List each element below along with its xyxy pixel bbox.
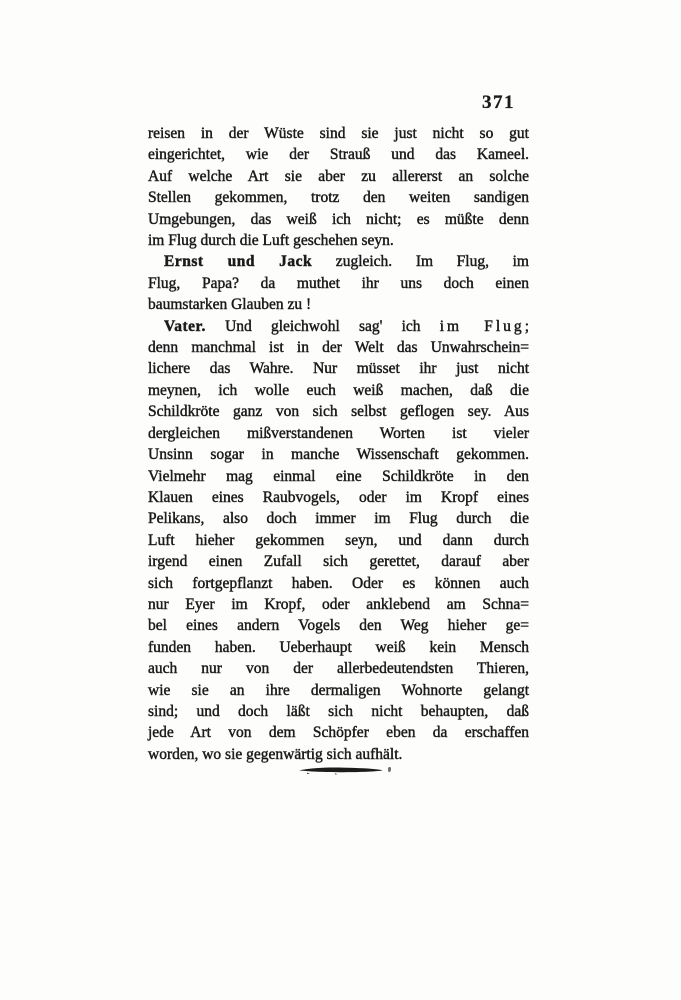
ink-speck [388,767,391,772]
text-run: im Flug [440,318,525,335]
text-line: baumstarken Glauben zu ! [148,294,529,315]
text-line: Pelikans, also doch immer im Flug durch … [148,508,529,529]
text-line: meynen, ich wolle euch weiß machen, daß … [148,380,529,401]
text-run: Pelikans, also doch immer im Flug durch … [148,510,529,527]
paragraph: Vater. Und gleichwohl sag' ich im Flug;d… [148,316,529,766]
text-run: Und gleichwohl sag' ich [206,318,440,335]
text-line: eingerichtet, wie der Strauß und das Kam… [148,144,529,165]
text-line: Klauen eines Raubvogels, oder im Kropf e… [148,487,529,508]
text-run: worden, wo sie gegenwärtig sich aufhält. [148,746,402,763]
text-run: Unsinn sogar in manche Wissenschaft geko… [148,446,529,463]
text-run: Klauen eines Raubvogels, oder im Kropf e… [148,489,529,506]
text-run: Schildkröte ganz von sich selbst gefloge… [148,403,529,420]
text-line: Stellen gekommen, trotz den weiten sandi… [148,187,529,208]
text-run: auch nur von der allerbedeutendsten Thie… [148,660,529,677]
text-run: funden haben. Ueberhaupt weiß kein Mensc… [148,639,529,656]
speaker-name: Vater. [164,318,206,335]
text-run: Luft hieher gekommen seyn, und dann durc… [148,532,529,549]
text-run: baumstarken Glauben zu ! [148,296,311,313]
text-run: bel eines andern Vogels den Weg hieher g… [148,617,529,634]
text-line: denn manchmal ist in der Welt das Unwahr… [148,337,529,358]
text-line: worden, wo sie gegenwärtig sich aufhält. [148,744,529,765]
text-run: Flug, Papa? da muthet ihr uns doch einen [148,275,529,292]
text-line: wie sie an ihre dermaligen Wohnorte gela… [148,680,529,701]
text-line: nur Eyer im Kropf, oder anklebend am Sch… [148,594,529,615]
text-run: lichere das Wahre. Nur müsset ihr just n… [148,360,529,377]
text-run: irgend einen Zufall sich gerettet, darau… [148,553,529,570]
text-run: denn manchmal ist in der Welt das Unwahr… [148,339,529,356]
text-block: reisen in der Wüste sind sie just nicht … [148,123,529,765]
text-line: Vater. Und gleichwohl sag' ich im Flug; [148,316,529,337]
section-divider-rule [299,765,383,775]
text-line: jede Art von dem Schöpfer eben da erscha… [148,722,529,743]
text-line: Umgebungen, das weiß ich nicht; es müßte… [148,209,529,230]
text-line: Flug, Papa? da muthet ihr uns doch einen [148,273,529,294]
text-run: meynen, ich wolle euch weiß machen, daß … [148,382,529,399]
speaker-name: Ernst und Jack [164,253,312,270]
text-line: bel eines andern Vogels den Weg hieher g… [148,615,529,636]
text-run: sich fortgepflanzt haben. Oder es können… [148,575,529,592]
text-run: im Flug durch die Luft geschehen seyn. [148,232,394,249]
text-line: Auf welche Art sie aber zu allererst an … [148,166,529,187]
text-run: jede Art von dem Schöpfer eben da erscha… [148,724,529,741]
text-run: reisen in der Wüste sind sie just nicht … [148,125,529,142]
paragraph: Ernst und Jack zugleich. Im Flug, imFlug… [148,251,529,315]
text-run: wie sie an ihre dermaligen Wohnorte gela… [148,682,529,699]
text-run: nur Eyer im Kropf, oder anklebend am Sch… [148,596,529,613]
text-line: dergleichen mißverstandenen Worten ist v… [148,423,529,444]
text-line: Luft hieher gekommen seyn, und dann durc… [148,530,529,551]
text-line: sich fortgepflanzt haben. Oder es können… [148,573,529,594]
book-page: 371 reisen in der Wüste sind sie just ni… [0,0,681,1000]
page-number: 371 [482,92,515,114]
text-line: sind; und doch läßt sich nicht behaupten… [148,701,529,722]
text-line: im Flug durch die Luft geschehen seyn. [148,230,529,251]
text-run: dergleichen mißverstandenen Worten ist v… [148,425,529,442]
text-run: Vielmehr mag einmal eine Schildkröte in … [148,468,529,485]
text-line: Vielmehr mag einmal eine Schildkröte in … [148,466,529,487]
text-run: ; [525,318,529,335]
text-line: Ernst und Jack zugleich. Im Flug, im [148,251,529,272]
text-run: Umgebungen, das weiß ich nicht; es müßte… [148,211,529,228]
text-line: Schildkröte ganz von sich selbst gefloge… [148,401,529,422]
text-line: funden haben. Ueberhaupt weiß kein Mensc… [148,637,529,658]
text-run: zugleich. Im Flug, im [312,253,529,270]
paragraph: reisen in der Wüste sind sie just nicht … [148,123,529,251]
text-run: Stellen gekommen, trotz den weiten sandi… [148,189,529,206]
text-line: irgend einen Zufall sich gerettet, darau… [148,551,529,572]
text-run: eingerichtet, wie der Strauß und das Kam… [148,146,529,163]
text-line: lichere das Wahre. Nur müsset ihr just n… [148,358,529,379]
text-run: Auf welche Art sie aber zu allererst an … [148,168,529,185]
text-line: Unsinn sogar in manche Wissenschaft geko… [148,444,529,465]
text-line: reisen in der Wüste sind sie just nicht … [148,123,529,144]
text-run: sind; und doch läßt sich nicht behaupten… [148,703,529,720]
text-line: auch nur von der allerbedeutendsten Thie… [148,658,529,679]
